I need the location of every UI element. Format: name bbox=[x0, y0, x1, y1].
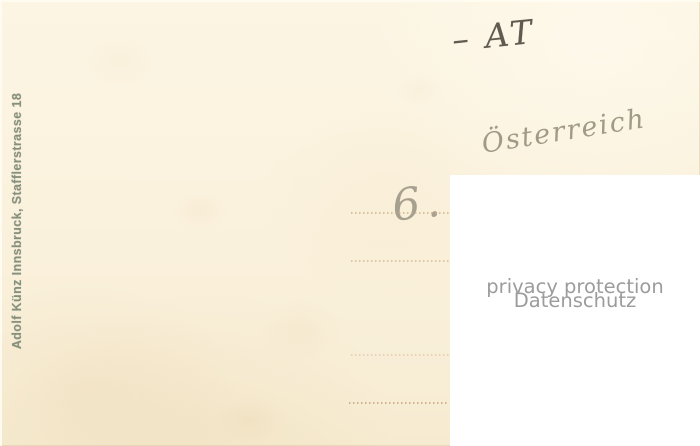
privacy-overlay: privacy protection Datenschutz bbox=[450, 175, 700, 446]
address-dotted-line bbox=[351, 354, 451, 356]
address-dotted-line bbox=[351, 212, 449, 214]
address-dotted-line bbox=[351, 260, 449, 262]
postcard-scan: Adolf Künz Innsbruck, Stafflerstrasse 18… bbox=[0, 0, 700, 446]
publisher-imprint: Adolf Künz Innsbruck, Stafflerstrasse 18 bbox=[10, 93, 24, 349]
address-dotted-line bbox=[349, 402, 449, 404]
privacy-overlay-text: privacy protection Datenschutz bbox=[450, 280, 700, 308]
